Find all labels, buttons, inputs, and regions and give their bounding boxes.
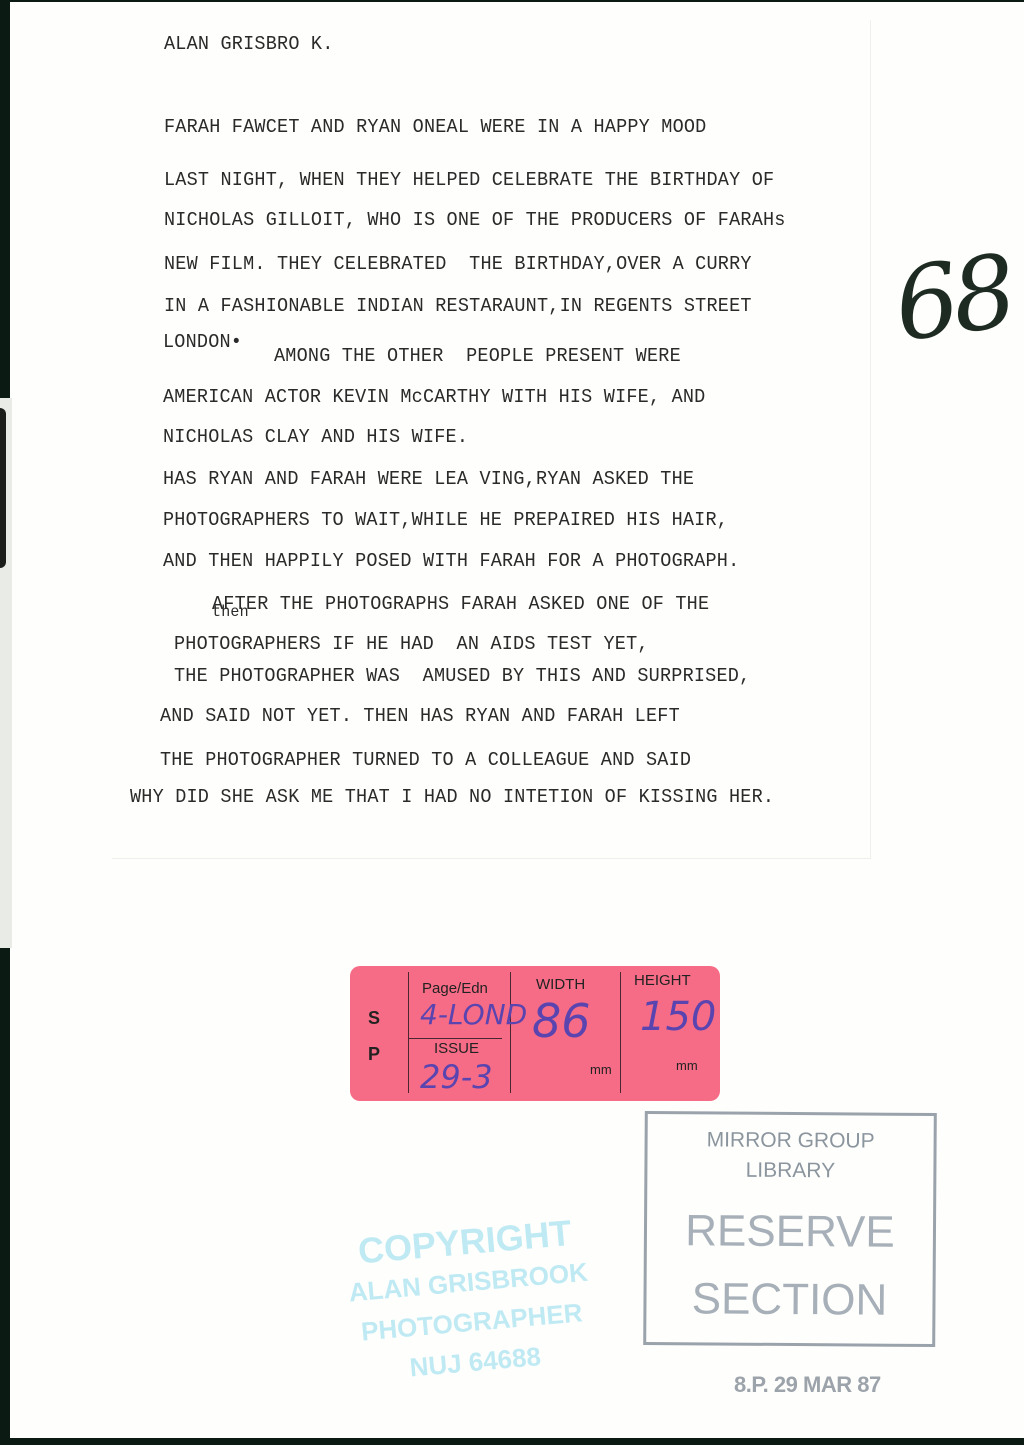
library-stamp: MIRROR GROUP LIBRARY RESERVE SECTION xyxy=(643,1111,937,1347)
label-letter-s: S xyxy=(368,1008,380,1029)
text-line: AND THEN HAPPILY POSED WITH FARAH FOR A … xyxy=(163,550,739,572)
size-label: S P Page/Edn 4-LOND ISSUE 29-3 WIDTH 86 … xyxy=(350,966,720,1101)
text-line: PHOTOGRAPHERS TO WAIT,WHILE HE PREPAIRED… xyxy=(163,509,728,531)
width-unit: mm xyxy=(590,1062,612,1077)
text-line: WHY DID SHE ASK ME THAT I HAD NO INTETIO… xyxy=(130,786,774,808)
text-line: IN A FASHIONABLE INDIAN RESTARAUNT,IN RE… xyxy=(164,295,752,317)
width-label: WIDTH xyxy=(536,976,585,993)
height-unit: mm xyxy=(676,1058,698,1073)
text-line: LONDON• xyxy=(163,331,242,353)
date-stamp: 8.P. 29 MAR 87 xyxy=(734,1372,881,1398)
copyright-stamp: COPYRIGHT ALAN GRISBROOK PHOTOGRAPHER NU… xyxy=(334,1211,607,1393)
stamp-line-3: RESERVE xyxy=(647,1206,933,1258)
text-line: THE PHOTOGRAPHER TURNED TO A COLLEAGUE A… xyxy=(160,749,691,771)
overstrike-word: then xyxy=(212,605,249,621)
label-letter-p: P xyxy=(368,1044,380,1065)
text-line: AMONG THE OTHER PEOPLE PRESENT WERE xyxy=(274,345,681,367)
width-value: 86 xyxy=(532,994,591,1048)
stamp-line-2: LIBRARY xyxy=(647,1158,933,1184)
height-value: 150 xyxy=(640,994,716,1040)
stamp-line-4: SECTION xyxy=(646,1274,932,1326)
text-line: AFTER THE PHOTOGRAPHS FARAH ASKED ONE OF… xyxy=(212,593,709,615)
height-label: HEIGHT xyxy=(634,972,691,989)
text-line: NICHOLAS GILLOIT, WHO IS ONE OF THE PROD… xyxy=(164,209,786,231)
text-line: AND SAID NOT YET. THEN HAS RYAN AND FARA… xyxy=(160,705,680,727)
text-line: AMERICAN ACTOR KEVIN McCARTHY WITH HIS W… xyxy=(163,386,706,408)
stamp-line-1: MIRROR GROUP xyxy=(648,1128,934,1154)
text-line: FARAH FAWCET AND RYAN ONEAL WERE IN A HA… xyxy=(164,116,707,138)
byline: ALAN GRISBRO K. xyxy=(164,33,334,55)
handwritten-number: 68 xyxy=(887,233,1017,365)
text-line: HAS RYAN AND FARAH WERE LEA VING,RYAN AS… xyxy=(163,468,694,490)
issue-label: ISSUE xyxy=(434,1040,479,1057)
text-line: THE PHOTOGRAPHER WAS AMUSED BY THIS AND … xyxy=(174,665,750,687)
attached-photo-edge xyxy=(0,398,12,948)
text-line: NEW FILM. THEY CELEBRATED THE BIRTHDAY,O… xyxy=(164,253,752,275)
text-line: PHOTOGRAPHERS IF HE HAD AN AIDS TEST YET… xyxy=(174,633,649,655)
page-edn-value: 4-LOND xyxy=(420,998,527,1031)
page-edn-label: Page/Edn xyxy=(422,980,488,997)
text-line: NICHOLAS CLAY AND HIS WIFE. xyxy=(163,426,468,448)
issue-value: 29-3 xyxy=(420,1058,493,1096)
text-line: LAST NIGHT, WHEN THEY HELPED CELEBRATE T… xyxy=(164,169,774,191)
